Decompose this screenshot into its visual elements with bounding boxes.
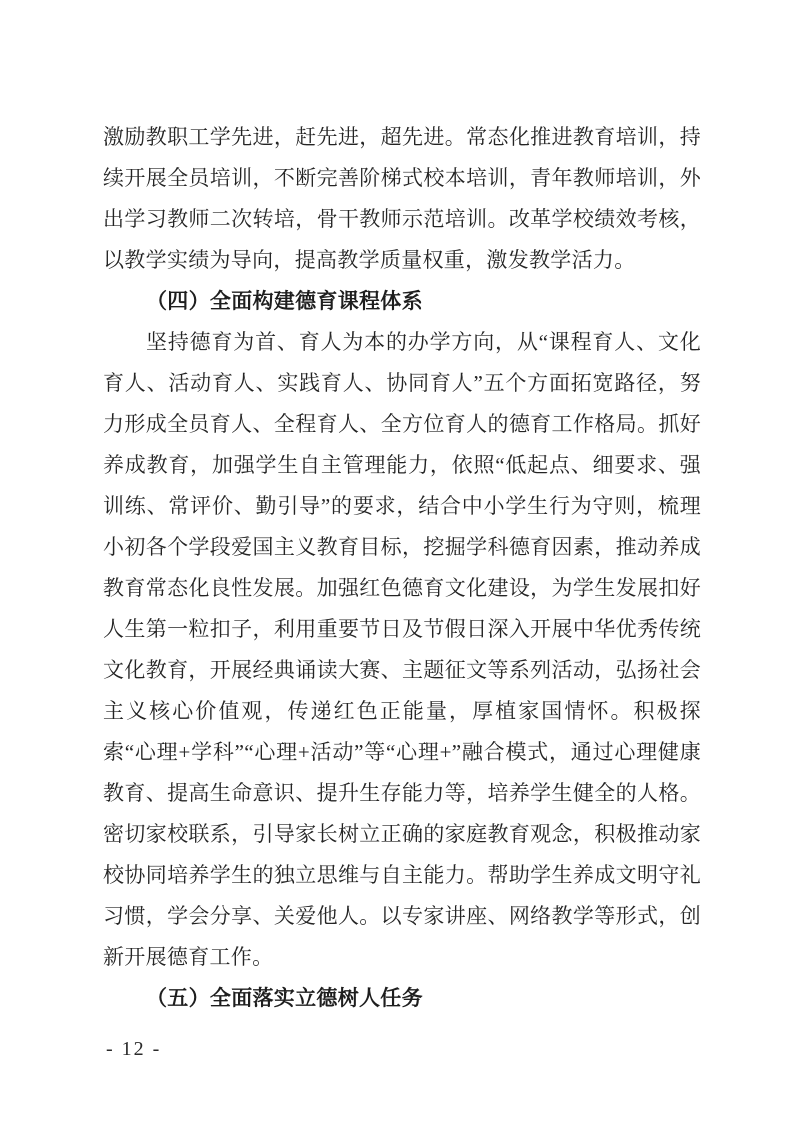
section-heading-four: （四）全面构建德育课程体系 [103,281,701,322]
page-number: - 12 - [106,1038,161,1061]
document-page: 激励教职工学先进，赶先进，超先进。常态化推进教育培训，持续开展全员培训，不断完善… [0,0,793,1122]
section-heading-five: （五）全面落实立德树人任务 [103,978,701,1019]
paragraph-continuation: 激励教职工学先进，赶先进，超先进。常态化推进教育培训，持续开展全员培训，不断完善… [103,117,701,281]
paragraph-section-four: 坚持德育为首、育人为本的办学方向，从“课程育人、文化育人、活动育人、实践育人、协… [103,322,701,978]
document-body: 激励教职工学先进，赶先进，超先进。常态化推进教育培训，持续开展全员培训，不断完善… [103,117,701,1019]
